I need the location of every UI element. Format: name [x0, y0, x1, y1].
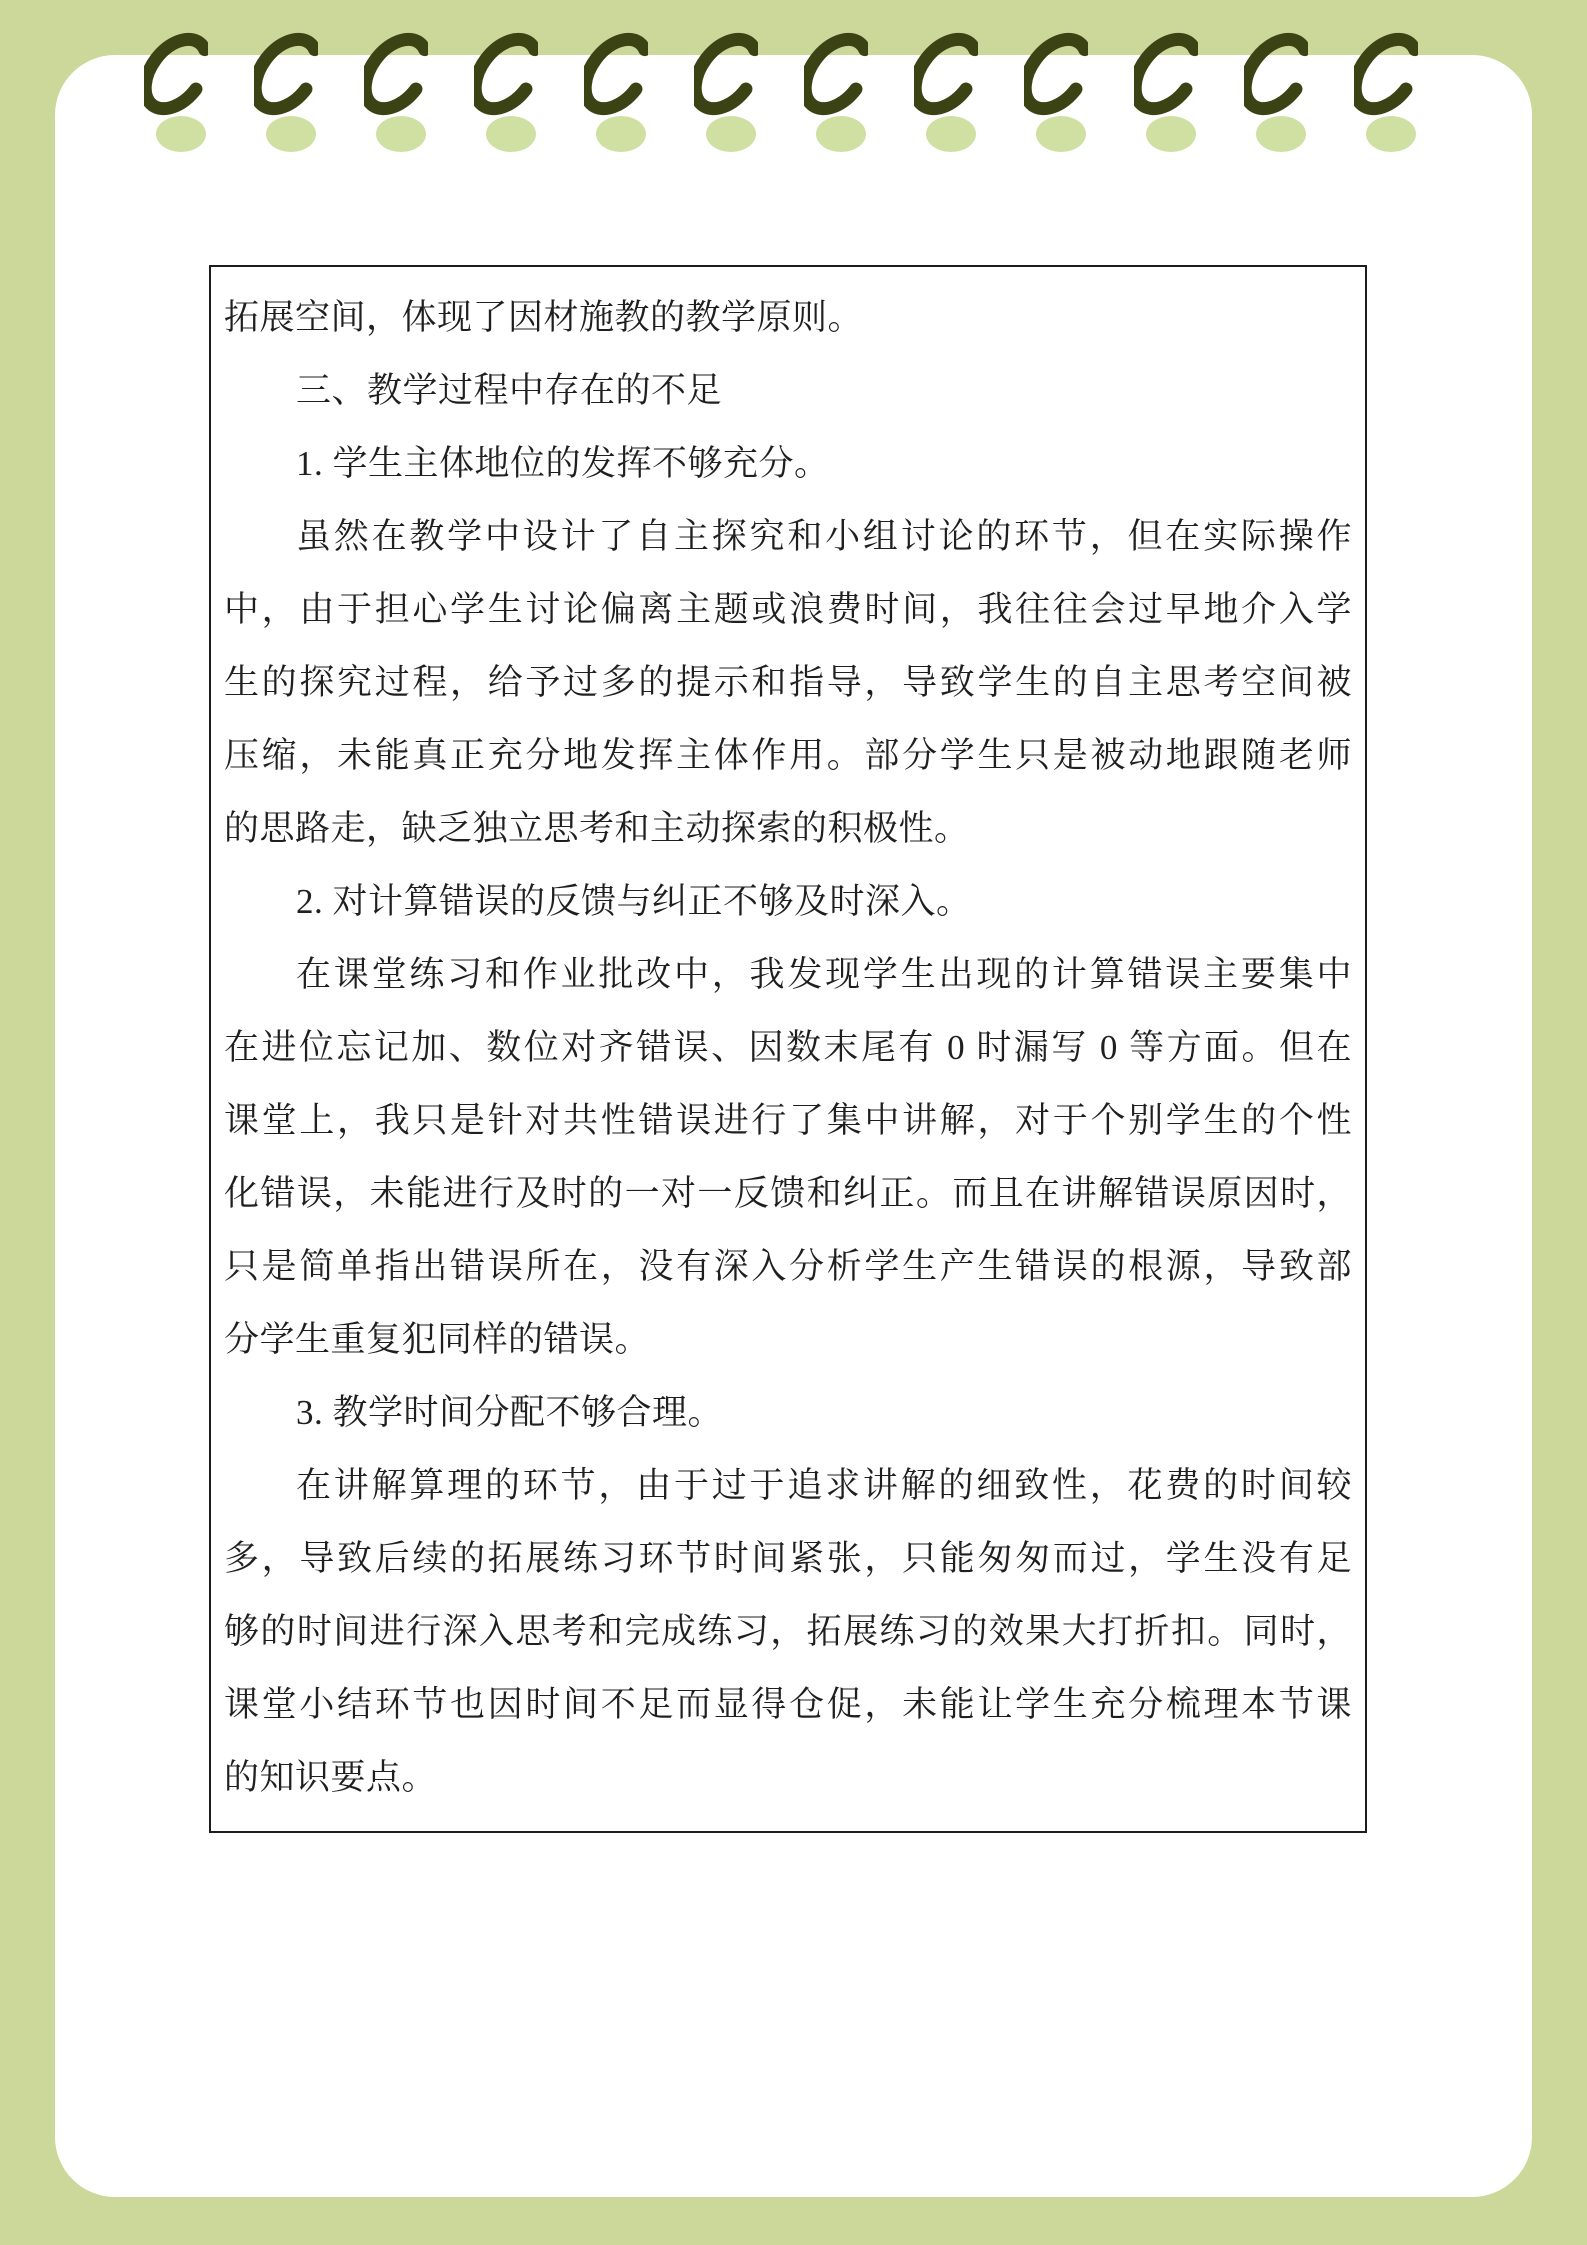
binder-hole	[1036, 116, 1086, 152]
spiral-ring-icon	[254, 28, 318, 161]
binder-hole	[596, 116, 646, 152]
text-line: 3. 教学时间分配不够合理。	[224, 1376, 1352, 1449]
spiral-ring-icon	[914, 28, 978, 161]
content-box: 拓展空间，体现了因材施教的教学原则。三、教学过程中存在的不足1. 学生主体地位的…	[209, 265, 1367, 1833]
text-line: 的思路走，缺乏独立思考和主动探索的积极性。	[224, 792, 1352, 865]
text-line: 课堂上，我只是针对共性错误进行了集中讲解，对于个别学生的个性	[224, 1084, 1352, 1157]
text-line: 够的时间进行深入思考和完成练习，拓展练习的效果大打折扣。同时，	[224, 1595, 1352, 1668]
binder-hole	[1146, 116, 1196, 152]
text-line: 只是简单指出错误所在，没有深入分析学生产生错误的根源，导致部	[224, 1230, 1352, 1303]
text-line: 在课堂练习和作业批改中，我发现学生出现的计算错误主要集中	[224, 938, 1352, 1011]
text-line: 1. 学生主体地位的发挥不够充分。	[224, 427, 1352, 500]
text-line: 拓展空间，体现了因材施教的教学原则。	[224, 281, 1352, 354]
text-line: 分学生重复犯同样的错误。	[224, 1303, 1352, 1376]
text-line: 生的探究过程，给予过多的提示和指导，导致学生的自主思考空间被	[224, 646, 1352, 719]
spiral-ring-icon	[144, 28, 208, 161]
binder-hole	[376, 116, 426, 152]
binder-hole	[816, 116, 866, 152]
text-line: 在讲解算理的环节，由于过于追求讲解的细致性，花费的时间较	[224, 1449, 1352, 1522]
spiral-ring-icon	[1024, 28, 1088, 161]
text-line: 虽然在教学中设计了自主探究和小组讨论的环节，但在实际操作	[224, 500, 1352, 573]
binder-hole	[266, 116, 316, 152]
spiral-ring-icon	[584, 28, 648, 161]
text-line: 在进位忘记加、数位对齐错误、因数末尾有 0 时漏写 0 等方面。但在	[224, 1011, 1352, 1084]
binder-hole	[486, 116, 536, 152]
text-line: 化错误，未能进行及时的一对一反馈和纠正。而且在讲解错误原因时，	[224, 1157, 1352, 1230]
spiral-ring-icon	[364, 28, 428, 161]
text-line: 压缩，未能真正充分地发挥主体作用。部分学生只是被动地跟随老师	[224, 719, 1352, 792]
text-line: 的知识要点。	[224, 1741, 1352, 1814]
binder-hole	[156, 116, 206, 152]
binder-hole	[706, 116, 756, 152]
binder-hole	[1366, 116, 1416, 152]
spiral-ring-icon	[804, 28, 868, 161]
binder-hole	[926, 116, 976, 152]
spiral-binding	[144, 28, 1418, 161]
spiral-ring-icon	[1244, 28, 1308, 161]
spiral-ring-icon	[474, 28, 538, 161]
spiral-ring-icon	[694, 28, 758, 161]
text-line: 中，由于担心学生讨论偏离主题或浪费时间，我往往会过早地介入学	[224, 573, 1352, 646]
text-line: 课堂小结环节也因时间不足而显得仓促，未能让学生充分梳理本节课	[224, 1668, 1352, 1741]
binder-hole	[1256, 116, 1306, 152]
text-line: 2. 对计算错误的反馈与纠正不够及时深入。	[224, 865, 1352, 938]
text-line: 三、教学过程中存在的不足	[224, 354, 1352, 427]
spiral-ring-icon	[1354, 28, 1418, 161]
text-line: 多，导致后续的拓展练习环节时间紧张，只能匆匆而过，学生没有足	[224, 1522, 1352, 1595]
screenshot-canvas: 拓展空间，体现了因材施教的教学原则。三、教学过程中存在的不足1. 学生主体地位的…	[0, 0, 1587, 2245]
spiral-ring-icon	[1134, 28, 1198, 161]
